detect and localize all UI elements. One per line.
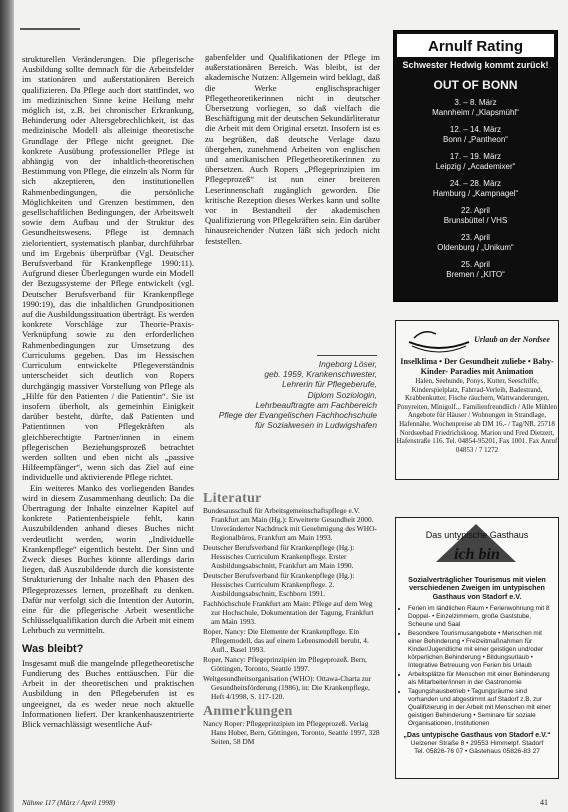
tour-date: 25. April (394, 260, 557, 270)
logo-text: Das untypische Gasthaus (396, 530, 558, 540)
literature-entry: Bundesausschuß für Arbeitsgemeinschaftsp… (203, 506, 383, 542)
tour-date-item: 24. – 28. MärzHamburg / „Kampnagel“ (394, 179, 557, 198)
author-line: geb. 1959, Krankenschwester, (205, 369, 377, 379)
ad-body: Halen, Seehunde, Ponys, Kutter, Seeschif… (396, 377, 558, 454)
tour-venue: Bremen / „KITO“ (394, 270, 557, 280)
literature-entry: Deutscher Berufsverband für Krankenpfleg… (203, 571, 383, 598)
tour-date: 24. – 28. März (394, 179, 557, 189)
contact-address: Uelzener Straße 8 • 29553 Himmelpf. Stad… (396, 740, 558, 748)
tour-date: 3. – 8. März (394, 98, 557, 108)
author-line: Pflege der Evangelischen Fachhochschule (205, 410, 377, 420)
contact-phone: Tel. 05826-76 07 • Gästehaus 05826-83 27 (396, 748, 558, 756)
author-line: für Sozialwesen in Ludwigshafen (205, 420, 377, 430)
tour-venue: Leipzig / „Academixer“ (394, 162, 557, 172)
tour-date-item: 3. – 8. MärzMannheim / „Klapsmühl“ (394, 98, 557, 117)
author-bio: Ingeborg Löser, geb. 1959, Krankenschwes… (205, 355, 377, 430)
ad-untypisches-gasthaus: Das untypische Gasthaus ich bin Sozialve… (395, 517, 559, 779)
scan-binding-edge (0, 0, 14, 812)
author-line: Diplom Soziologin, (205, 390, 377, 400)
ad-subtitle: Sozialverträglicher Tourismus mit vielen… (396, 576, 558, 601)
tour-date: 22. April (394, 206, 557, 216)
article-column-1: strukturellen Veränderungen. Die pfleger… (22, 54, 194, 729)
ad-tagline: Schwester Hedwig kommt zurück! (394, 60, 557, 70)
ad-urlaub-nordsee: Urlaub an der Nordsee Inselklima • Der G… (395, 320, 559, 480)
literature-entry: Deutscher Berufsverband für Krankenpfleg… (203, 543, 383, 570)
tour-venue: Oldenburg / „Unikum“ (394, 243, 557, 253)
tour-venue: Bonn / „Pantheon“ (394, 135, 557, 145)
literature-entry: Roper, Nancy: Die Elemente der Krankenpf… (203, 627, 383, 654)
literature-entry: Fachhochschule Frankfurt am Main: Pflege… (203, 599, 383, 626)
tour-date-item: 23. AprilOldenburg / „Unikum“ (394, 233, 557, 252)
tour-date: 23. April (394, 233, 557, 243)
author-rule (317, 355, 377, 356)
logo-script: ich bin (396, 546, 558, 564)
ad-headline: Inselklima • Der Gesundheit zuliebe • Ba… (396, 357, 558, 376)
tour-date: 12. – 14. März (394, 125, 557, 135)
header-rule (20, 28, 80, 30)
boat-icon (404, 324, 474, 354)
tour-date-item: 12. – 14. MärzBonn / „Pantheon“ (394, 125, 557, 144)
ad-arnulf-rating: Arnulf Rating Schwester Hedwig kommt zur… (393, 30, 558, 302)
notes-heading: Anmerkungen (203, 707, 383, 716)
literature-section: Literatur Bundesausschuß für Arbeitsgeme… (203, 488, 383, 747)
ad-tour-title: OUT OF BONN (394, 78, 557, 92)
article-column-2: gabenfelder und Qualifikationen der Pfle… (205, 52, 380, 246)
tour-date: 17. – 19. März (394, 152, 557, 162)
contact-name: „Das untypische Gasthaus von Stadorf e.V… (403, 732, 550, 739)
author-line: Ingeborg Löser, (205, 359, 377, 369)
tour-venue: Hamburg / „Kampnagel“ (394, 189, 557, 199)
tour-date-item: 22. AprilBrunsbüttel / VHS (394, 206, 557, 225)
tour-venue: Brunsbüttel / VHS (394, 216, 557, 226)
author-line: Lehrerin für Pflegeberufe, (205, 379, 377, 389)
ad-logo-text: Urlaub an der Nordsee (474, 335, 550, 344)
ad-performer-name: Arnulf Rating (396, 33, 555, 58)
boat-logo-icon: Urlaub an der Nordsee (396, 321, 558, 357)
literature-entry: Weltgesundheitsorganisation (WHO): Ottaw… (203, 674, 383, 701)
article-paragraph: Insgesamt muß die mangelnde pflegetheore… (22, 658, 194, 729)
author-line: Lehrbeauftragte am Fachbereich (205, 400, 377, 410)
literature-entry: Roper, Nancy: Pflegeprinzipien im Pflege… (203, 655, 383, 673)
page-number: 41 (540, 798, 548, 807)
page-footer: Nähme 117 (März / April 1998) (22, 798, 115, 807)
notes-entry: Nancy Roper: Pflegeprinzipien im Pflegep… (203, 719, 383, 746)
ad-bullet: Ferien im ländlichen Raum • Ferienwohnun… (408, 605, 554, 629)
gasthaus-logo: Das untypische Gasthaus ich bin (396, 518, 558, 576)
literature-heading: Literatur (203, 494, 383, 503)
article-paragraph: gabenfelder und Qualifikationen der Pfle… (205, 52, 380, 246)
ad-bullet: Tagungshausbetrieb • Tagungsräume sind v… (408, 688, 554, 728)
ad-bullet-list: Ferien im ländlichen Raum • Ferienwohnun… (396, 605, 558, 728)
article-paragraph: Ein weiteres Manko des vorliegenden Band… (22, 483, 194, 636)
tour-date-item: 17. – 19. MärzLeipzig / „Academixer“ (394, 152, 557, 171)
section-heading-was-bleibt: Was bleibt? (22, 644, 194, 654)
article-paragraph: strukturellen Veränderungen. Die pfleger… (22, 54, 194, 483)
ad-contact: „Das untypische Gasthaus von Stadorf e.V… (396, 732, 558, 756)
ad-bullet: Besondere Tourismusangebote • Menschen m… (408, 630, 554, 670)
tour-venue: Mannheim / „Klapsmühl“ (394, 108, 557, 118)
tour-date-item: 25. AprilBremen / „KITO“ (394, 260, 557, 279)
ad-bullet: Arbeitsplätze für Menschen mit einer Beh… (408, 671, 554, 687)
